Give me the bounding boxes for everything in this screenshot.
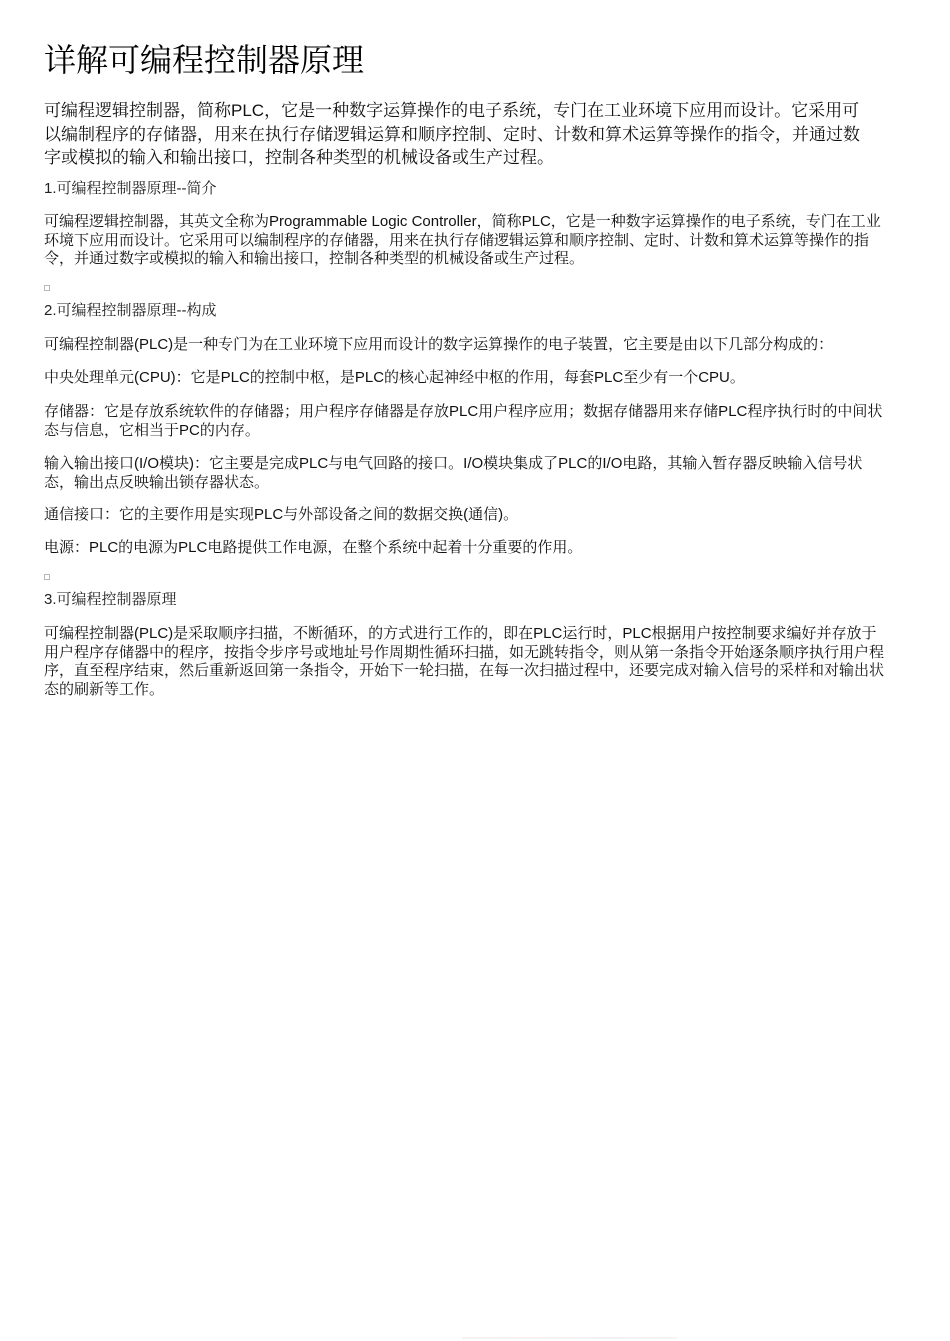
section-2-paragraph-overview: 可编程控制器(PLC)是一种专门为在工业环境下应用而设计的数字运算操作的电子装置… bbox=[44, 336, 889, 355]
section-2-paragraph-cpu: 中央处理单元(CPU)：它是PLC的控制中枢，是PLC的核心起神经中枢的作用，每… bbox=[44, 369, 889, 388]
section-heading-intro: 1.可编程控制器原理--简介 bbox=[44, 180, 217, 198]
section-2-paragraph-memory: 存储器：它是存放系统软件的存储器；用户程序存储器是存放PLC用户程序应用；数据存… bbox=[44, 403, 889, 440]
section-heading-composition: 2.可编程控制器原理--构成 bbox=[44, 302, 217, 320]
section-3-paragraph: 可编程控制器(PLC)是采取顺序扫描，不断循环，的方式进行工作的，即在PLC运行… bbox=[44, 625, 889, 699]
broken-image-icon bbox=[44, 285, 50, 291]
section-2-paragraph-io: 输入输出接口(I/O模块)：它主要是完成PLC与电气回路的接口。I/O模块集成了… bbox=[44, 455, 889, 492]
document-title: 详解可编程控制器原理 bbox=[44, 40, 364, 80]
intro-paragraph: 可编程逻辑控制器，简称PLC，它是一种数字运算操作的电子系统，专门在工业环境下应… bbox=[44, 99, 874, 170]
section-2-paragraph-power: 电源：PLC的电源为PLC电路提供工作电源，在整个系统中起着十分重要的作用。 bbox=[44, 539, 889, 558]
section-2-paragraph-comm: 通信接口：它的主要作用是实现PLC与外部设备之间的数据交换(通信)。 bbox=[44, 506, 889, 525]
broken-image-icon bbox=[44, 574, 50, 580]
section-1-paragraph: 可编程逻辑控制器，其英文全称为Programmable Logic Contro… bbox=[44, 213, 889, 269]
section-heading-principle: 3.可编程控制器原理 bbox=[44, 591, 177, 609]
footer-watermark bbox=[462, 1337, 677, 1339]
